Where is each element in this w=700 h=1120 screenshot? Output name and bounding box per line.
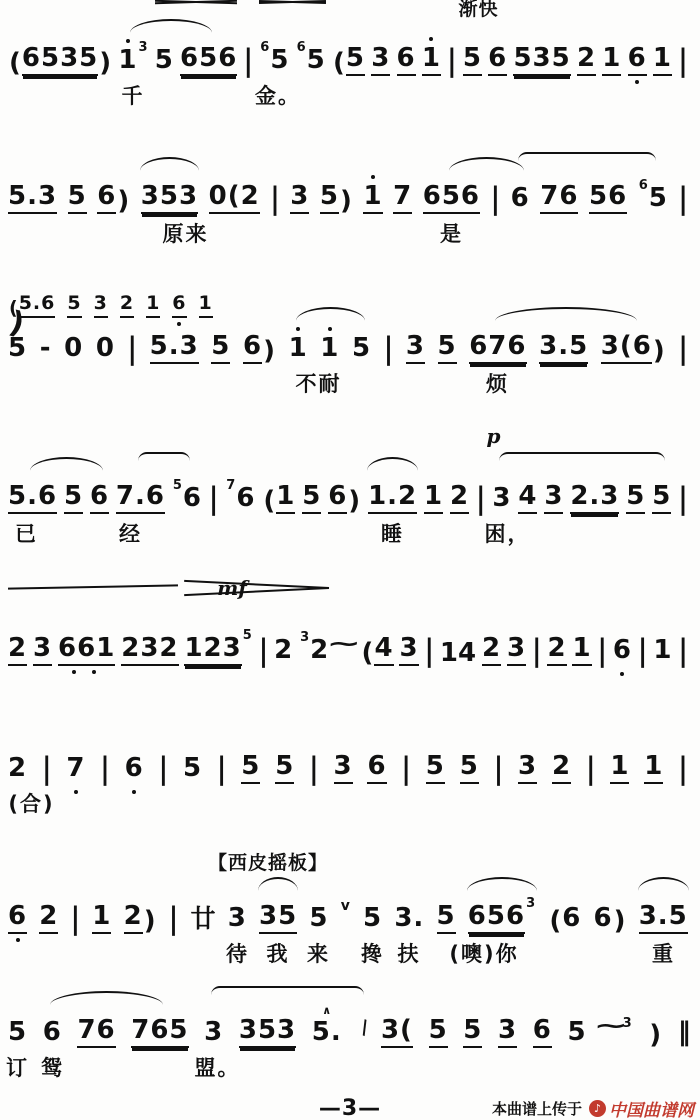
text-label: p: [487, 424, 501, 448]
page-number: —3—: [319, 1096, 381, 1120]
lyrics-row: (合): [8, 784, 688, 818]
line-1: (6535)135656|6565(5361|565352161|千金。渐快: [8, 30, 688, 110]
lyric: 经: [119, 518, 142, 548]
lyrics-row: 订鸳盟。: [8, 1048, 688, 1082]
barline: |: [586, 756, 596, 784]
notes-row: 5.6567.656|76(156)1.212|3432.355|: [8, 468, 688, 514]
ossia-row: (5.6532161: [8, 284, 213, 318]
note-token: 353: [239, 1017, 296, 1048]
grace-note: 5: [243, 629, 252, 642]
accent-mark: ∧: [322, 1005, 332, 1016]
grace-note: 3: [138, 41, 147, 54]
breath-mark: \: [357, 1026, 365, 1048]
note-token: 5: [241, 753, 260, 784]
grace-note: 6: [260, 41, 269, 54]
note-token: 676: [469, 333, 526, 364]
barline: |: [309, 756, 319, 784]
note-token: 5: [463, 45, 482, 76]
note-token: 6): [97, 183, 130, 214]
lyric: 已: [15, 518, 38, 548]
barline: |: [42, 756, 52, 784]
note-token: 7.6: [116, 483, 165, 514]
slur: [296, 307, 365, 321]
slur: [495, 307, 637, 321]
note-token: 6: [172, 294, 186, 318]
note-token: 5: [67, 294, 81, 318]
note-token: 2: [8, 635, 27, 666]
time-signature: 14: [440, 640, 476, 666]
note-token: 35: [259, 903, 297, 934]
slur: [140, 157, 199, 171]
barline: |: [259, 638, 269, 666]
page-footer: —3— 本曲谱上传于 ♪ 中国曲谱网: [0, 1096, 700, 1120]
notes-row: 2|7|6|5|55|36|55|32|11|: [8, 738, 688, 784]
site-name: 中国曲谱网: [609, 1096, 694, 1120]
barline: |: [494, 756, 504, 784]
note-token: 65: [296, 47, 326, 76]
notes-row: 5.356)3530(2|35)17656|6765665|: [8, 168, 688, 214]
lyric: 扶: [398, 938, 421, 968]
line-3: (5.6532161)5-00|5.356)115|356763.53(6)|不…: [8, 284, 688, 398]
barline: |: [270, 186, 280, 214]
note-token: 7: [393, 183, 412, 214]
note-token: 3: [406, 333, 425, 364]
octave-dot-below: [177, 322, 181, 326]
lyric: 重: [652, 938, 675, 968]
note-token: 2: [547, 635, 566, 666]
barline: |: [401, 756, 411, 784]
lyric: 睡: [381, 518, 404, 548]
lyric: 订: [6, 1052, 29, 1082]
note-token: 2: [482, 635, 501, 666]
lyric: 困，: [485, 518, 531, 548]
note-token: 5: [437, 903, 456, 934]
line-7: 62|12)|廿3355v53.56563(66)3.5待我来搀扶(噢)你重【西…: [8, 888, 688, 968]
notes-row: (6535)135656|6565(5361|565352161|: [8, 30, 688, 76]
note-token: 32: [299, 637, 329, 666]
note-token: 3: [518, 753, 537, 784]
note-token: 3: [507, 635, 526, 666]
octave-dot-below: [72, 670, 76, 674]
sheet-music-score: (6535)135656|6565(5361|565352161|千金。渐快5.…: [0, 30, 700, 1082]
breath-mark: v: [341, 917, 351, 934]
note-token: 3.: [394, 905, 424, 934]
note-token: 3: [399, 635, 418, 666]
barline: |: [532, 638, 542, 666]
note-token: 5: [438, 333, 457, 364]
lyric: (噢)你: [449, 938, 518, 968]
octave-dot-above: [328, 327, 332, 331]
grace-note: 6: [639, 179, 648, 192]
barline: |: [100, 756, 110, 784]
note-token: 廿: [190, 906, 215, 934]
lyric: 我: [267, 938, 290, 968]
note-token: 2: [120, 294, 134, 318]
lyric: 千: [122, 80, 145, 110]
note-token: (1: [262, 483, 295, 514]
note-token: 5: [302, 483, 321, 514]
octave-dot-above: [126, 39, 130, 43]
note-token: 5: [652, 483, 671, 514]
slur: [30, 457, 103, 471]
lyric: 原来: [163, 218, 209, 248]
note-token: 2: [552, 753, 571, 784]
note-token: 1: [289, 335, 308, 364]
note-token: 3: [498, 1017, 517, 1048]
barline: |: [71, 906, 81, 934]
lyric: 金。: [255, 80, 301, 110]
slur: [518, 152, 657, 169]
barline: |: [678, 486, 688, 514]
note-token: 1: [644, 753, 663, 784]
note-token: 1: [320, 335, 339, 364]
lyric: 搀: [361, 938, 384, 968]
slur: [211, 986, 365, 1003]
lyrics-row: 不耐烦: [8, 364, 688, 398]
slur: [449, 157, 524, 171]
note-token: 656: [423, 183, 480, 214]
note-token: 76: [77, 1017, 115, 1048]
octave-dot-above: [429, 37, 433, 41]
notes-row: 236612321235|232~(43|1423|21|6|1|: [8, 620, 688, 666]
barline: |: [159, 756, 169, 784]
note-token: 1: [653, 637, 672, 666]
octave-dot-above: [296, 327, 300, 331]
note-token: 3: [228, 905, 247, 934]
octave-dot-below: [92, 670, 96, 674]
barline: |: [424, 638, 434, 666]
swell-mark: [259, 0, 326, 6]
note-token: 6: [8, 903, 27, 934]
lyrics-row: 原来是: [8, 214, 688, 248]
slur: [138, 452, 191, 469]
barline: |: [678, 48, 688, 76]
note-token: 5: [64, 483, 83, 514]
note-token: 6563: [468, 903, 536, 934]
note-token: (4: [361, 635, 394, 666]
note-token: 5: [155, 47, 174, 76]
barline: |: [491, 186, 501, 214]
octave-dot-below: [620, 672, 624, 676]
note-token: 1: [653, 45, 672, 76]
note-token: 0(2: [209, 183, 260, 214]
lyric: (合): [8, 788, 54, 818]
note-token: 6: [43, 1019, 62, 1048]
note-token: 5: [211, 333, 230, 364]
note-token: (5: [332, 45, 365, 76]
note-token: 65: [259, 47, 289, 76]
lyric: 鸳: [41, 1052, 64, 1082]
note-token: 5): [320, 183, 353, 214]
note-token: 656: [180, 45, 237, 76]
line-mark: [8, 584, 178, 589]
note-token: 2): [124, 903, 157, 934]
note-token: 1: [92, 903, 111, 934]
note-token: 5: [275, 753, 294, 784]
music-note-icon: ♪: [589, 1100, 606, 1117]
note-token: 0: [64, 335, 83, 364]
note-token: 765: [131, 1017, 188, 1048]
slur: [258, 877, 298, 891]
note-token: 3.5: [539, 333, 588, 364]
note-token: 6): [328, 483, 361, 514]
note-token: (6: [548, 905, 581, 934]
note-token: 2: [450, 483, 469, 514]
note-token: 0: [96, 335, 115, 364]
lyric: 烦: [486, 368, 509, 398]
note-token: 1: [572, 635, 591, 666]
barline: |: [128, 336, 138, 364]
line-2: 5.356)3530(2|35)17656|6765665|原来是: [8, 168, 688, 248]
note-token: 1: [146, 294, 160, 318]
note-token: 6: [628, 45, 647, 76]
note-token: 3: [204, 1019, 223, 1048]
grace-note: 5: [173, 479, 182, 492]
note-token: 13: [118, 47, 148, 76]
text-label: 渐快: [458, 0, 498, 21]
note-token: 3(6): [601, 333, 666, 364]
note-token: 232: [121, 635, 178, 666]
note-token: 6): [594, 905, 627, 934]
lyrics-row: 千金。: [8, 76, 688, 110]
lyric: 不耐: [296, 368, 342, 398]
barline: |: [169, 906, 179, 934]
swell-mark: [155, 0, 237, 6]
note-token: 6: [488, 45, 507, 76]
barline: |: [447, 48, 457, 76]
note-token: 1: [422, 45, 441, 76]
barline: |: [244, 48, 254, 76]
note-token: 5: [68, 183, 87, 214]
slur: [638, 877, 689, 891]
note-token: 2.3: [570, 483, 619, 514]
note-token: 5: [463, 1017, 482, 1048]
barline: |: [678, 336, 688, 364]
note-token: 5.3: [150, 333, 199, 364]
note-token: 5: [183, 755, 202, 784]
note-token: 6: [367, 753, 386, 784]
notes-row: 5-00|5.356)115|356763.53(6)|: [8, 318, 688, 364]
barline: |: [209, 486, 219, 514]
note-token: 3.5: [639, 903, 688, 934]
note-token: 5: [426, 753, 445, 784]
slur: [130, 19, 212, 33]
note-token: 5: [567, 1019, 586, 1048]
barline: |: [678, 638, 688, 666]
note-token: 3: [544, 483, 563, 514]
lyrics-row: 已经睡困，: [8, 514, 688, 548]
line-8: 567676533535.∧\3(55365~3)‖订鸳盟。: [8, 1002, 688, 1082]
note-token: 5.6: [8, 483, 57, 514]
lyrics-row: 待我来搀扶(噢)你重: [8, 934, 688, 968]
note-token: 1: [602, 45, 621, 76]
slur: [499, 452, 665, 469]
note-token: 5: [309, 905, 328, 934]
note-token: 3: [290, 183, 309, 214]
note-token: 56: [172, 485, 202, 514]
note-token: 5: [626, 483, 645, 514]
note-token: 661: [58, 635, 115, 666]
note-token: 353: [141, 183, 198, 214]
note-token: 6: [125, 755, 144, 784]
note-token: 1.2: [368, 483, 417, 514]
barline: |: [678, 186, 688, 214]
lyric: 来: [307, 938, 330, 968]
notes-row: 567676533535.∧\3(55365~3)‖: [8, 1002, 688, 1048]
barline: |: [217, 756, 227, 784]
barline: |: [476, 486, 486, 514]
note-token: 535: [513, 45, 570, 76]
line-5: 236612321235|232~(43|1423|21|6|1|mf: [8, 620, 688, 666]
note-token: 5: [352, 335, 371, 364]
barline: |: [638, 638, 648, 666]
note-token: 2: [8, 755, 27, 784]
note-token: 1: [363, 183, 382, 214]
text-label: 【西皮摇板】: [208, 848, 328, 875]
note-token: 6: [397, 45, 416, 76]
note-token: 5.3: [8, 183, 57, 214]
line-6: 2|7|6|5|55|36|55|32|11|(合): [8, 738, 688, 818]
slur: [367, 457, 418, 471]
barline: |: [384, 336, 394, 364]
portamento-mark: ~3: [602, 1023, 632, 1048]
barline: |: [597, 638, 607, 666]
note-token: 3: [371, 45, 390, 76]
note-token: 1: [424, 483, 443, 514]
note-token: ‖: [678, 1019, 688, 1048]
note-token: 3: [94, 294, 108, 318]
note-token: 6): [243, 333, 276, 364]
note-token: 65: [638, 185, 668, 214]
watermark-text: 本曲谱上传于: [492, 1098, 582, 1119]
lyric: 盟。: [195, 1052, 241, 1082]
dim-mark: [184, 582, 329, 592]
note-token: 3: [492, 485, 511, 514]
lyric: 待: [226, 938, 249, 968]
note-token: 5: [363, 905, 382, 934]
watermark: 本曲谱上传于 ♪ 中国曲谱网: [492, 1096, 694, 1120]
note-token: 3(: [381, 1017, 413, 1048]
note-token: 3: [334, 753, 353, 784]
site-logo: ♪ 中国曲谱网: [589, 1096, 694, 1120]
note-token: 5: [460, 753, 479, 784]
note-token: 3: [33, 635, 52, 666]
note-token: 7: [66, 755, 85, 784]
note-token: 2: [274, 637, 293, 666]
note-token: 76: [225, 485, 255, 514]
note-token: 1: [610, 753, 629, 784]
note-token: 5: [429, 1017, 448, 1048]
lyric: 是: [440, 218, 463, 248]
line-4: 5.6567.656|76(156)1.212|3432.355|已经睡困，p: [8, 468, 688, 548]
barline: |: [678, 756, 688, 784]
note-token: 6: [533, 1017, 552, 1048]
slur: [467, 877, 537, 891]
grace-note: 3: [623, 1017, 632, 1030]
slur: [50, 991, 163, 1005]
note-token: 5: [8, 335, 27, 364]
grace-note: 7: [226, 479, 235, 492]
grace-note: 6: [297, 41, 306, 54]
octave-dot-above: [371, 175, 375, 179]
grace-note: 3: [526, 897, 535, 910]
note-token: 56: [589, 183, 627, 214]
note-token: 4: [518, 483, 537, 514]
note-token: 6: [613, 637, 632, 666]
note-token: 2: [39, 903, 58, 934]
note-token: 1: [199, 294, 213, 318]
note-token: 6: [90, 483, 109, 514]
portamento-mark: ~: [335, 641, 354, 666]
grace-note: 3: [300, 631, 309, 644]
note-token: 1235: [184, 635, 252, 666]
note-token: 5: [8, 1019, 27, 1048]
note-token: 2: [577, 45, 596, 76]
note-token: 6: [511, 185, 530, 214]
note-token: 76: [540, 183, 578, 214]
note-token: 5.∧: [312, 1019, 342, 1048]
notes-row: 62|12)|廿3355v53.56563(66)3.5: [8, 888, 688, 934]
note-token: (6535): [8, 45, 112, 76]
note-token: ): [648, 1022, 662, 1048]
note-token: -: [40, 335, 52, 364]
